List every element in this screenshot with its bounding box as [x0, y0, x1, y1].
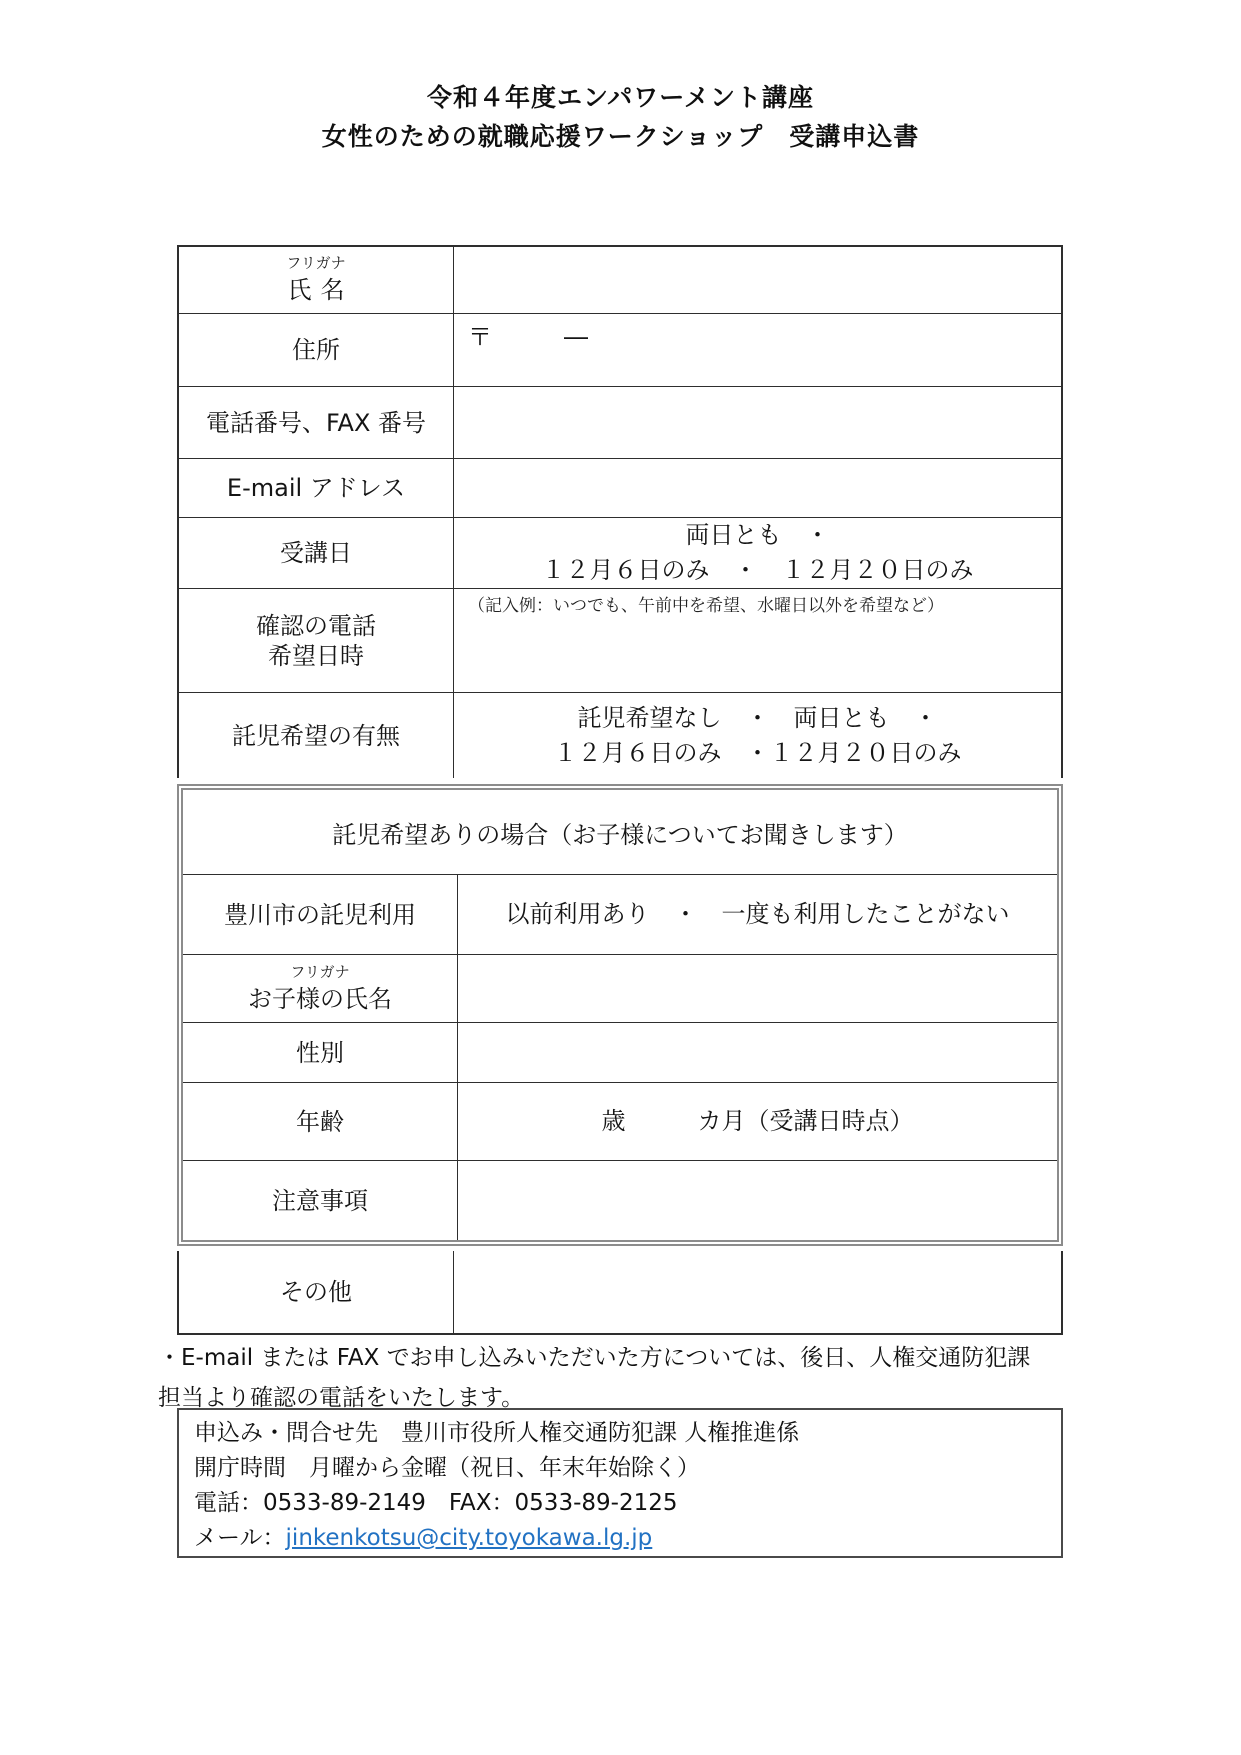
child-sex-label: 性別	[183, 1023, 458, 1082]
confirmation-call-hint: （記入例：いつでも、午前中を希望、水曜日以外を希望など）	[468, 595, 944, 617]
contact-box: 申込み・問合せ先 豊川市役所人権交通防犯課 人権推進係 開庁時間 月曜から金曜（…	[177, 1408, 1063, 1558]
precautions-input-cell	[458, 1161, 1057, 1240]
childcare-need-option-line2: １２月６日のみ ・１２月２０日のみ	[554, 736, 962, 771]
attendance-option-both: 両日とも ・	[686, 518, 830, 553]
footnote-line1: ・E-mail または FAX でお申し込みいただいた方については、後日、人権交…	[158, 1338, 1098, 1378]
name-label: 氏名	[288, 275, 354, 305]
address-label: 住所	[179, 314, 454, 386]
contact-tel-fax-line: 電話：0533-89-2149 FAX：0533-89-2125	[194, 1486, 1046, 1521]
attendance-date-options-cell: 両日とも ・ １２月６日のみ ・ １２月２０日のみ	[454, 518, 1061, 588]
childcare-need-option-line1: 託児希望なし ・ 両日とも ・	[578, 701, 938, 736]
contact-mail-label: メール：	[194, 1525, 286, 1551]
row-phone-fax: 電話番号、FAX 番号	[179, 386, 1061, 458]
phone-fax-input-cell	[454, 387, 1061, 458]
child-age-input-cell: 歳 カ月（受講日時点）	[458, 1083, 1057, 1160]
name-label-cell: フリガナ 氏名	[179, 247, 454, 313]
childcare-need-options-cell: 託児希望なし ・ 両日とも ・ １２月６日のみ ・１２月２０日のみ	[454, 693, 1061, 778]
phone-fax-label: 電話番号、FAX 番号	[179, 387, 454, 458]
child-name-input-cell	[458, 955, 1057, 1022]
row-precautions: 注意事項	[183, 1160, 1057, 1240]
precautions-label: 注意事項	[183, 1161, 458, 1240]
row-confirmation-call: 確認の電話 希望日時 （記入例：いつでも、午前中を希望、水曜日以外を希望など）	[179, 588, 1061, 692]
name-input-cell	[454, 247, 1061, 313]
row-childcare-need: 託児希望の有無 託児希望なし ・ 両日とも ・ １２月６日のみ ・１２月２０日の…	[179, 692, 1061, 778]
application-form-page: 令和４年度エンパワーメント講座 女性のための就職応援ワークショップ 受講申込書 …	[0, 0, 1241, 1755]
contact-mail-line: メール：jinkenkotsu@city.toyokawa.lg.jp	[194, 1521, 1046, 1556]
row-address: 住所 〒 ―	[179, 313, 1061, 386]
row-email: E-mail アドレス	[179, 458, 1061, 517]
child-sex-input-cell	[458, 1023, 1057, 1082]
row-attendance-date: 受講日 両日とも ・ １２月６日のみ ・ １２月２０日のみ	[179, 517, 1061, 588]
row-child-age: 年齢 歳 カ月（受講日時点）	[183, 1082, 1057, 1160]
page-title-line2: 女性のための就職応援ワークショップ 受講申込書	[0, 117, 1241, 156]
contact-office-line: 申込み・問合せ先 豊川市役所人権交通防犯課 人権推進係	[194, 1416, 1046, 1451]
address-input-cell: 〒 ―	[454, 314, 1061, 386]
email-link[interactable]: jinkenkotsu@city.toyokawa.lg.jp	[286, 1525, 653, 1551]
attendance-date-label: 受講日	[179, 518, 454, 588]
attendance-option-dates: １２月６日のみ ・ １２月２０日のみ	[542, 553, 974, 588]
applicant-info-table: フリガナ 氏名 住所 〒 ― 電話番号、FAX 番号 E-mail アドレス 受…	[177, 245, 1063, 778]
footnote: ・E-mail または FAX でお申し込みいただいた方については、後日、人権交…	[158, 1338, 1098, 1418]
other-label: その他	[179, 1251, 454, 1333]
confirmation-call-label-cell: 確認の電話 希望日時	[179, 589, 454, 692]
row-child-name: フリガナ お子様の氏名	[183, 954, 1057, 1022]
child-age-label: 年齢	[183, 1083, 458, 1160]
other-table: その他	[177, 1251, 1063, 1335]
row-name: フリガナ 氏名	[179, 247, 1061, 313]
row-other: その他	[179, 1251, 1061, 1333]
confirmation-call-label-line1: 確認の電話	[256, 611, 376, 641]
confirmation-call-label-line2: 希望日時	[268, 641, 364, 671]
contact-hours-line: 開庁時間 月曜から金曜（祝日、年末年始除く）	[194, 1451, 1046, 1486]
confirmation-call-input-cell: （記入例：いつでも、午前中を希望、水曜日以外を希望など）	[454, 589, 1061, 692]
page-title: 令和４年度エンパワーメント講座 女性のための就職応援ワークショップ 受講申込書	[0, 78, 1241, 156]
furigana-label: フリガナ	[286, 255, 345, 272]
page-title-line1: 令和４年度エンパワーメント講座	[0, 78, 1241, 117]
childcare-need-label: 託児希望の有無	[179, 693, 454, 778]
childcare-section-header: 託児希望ありの場合（お子様についてお聞きします）	[183, 790, 1057, 874]
city-childcare-use-options-cell: 以前利用あり ・ 一度も利用したことがない	[458, 875, 1057, 954]
row-child-sex: 性別	[183, 1022, 1057, 1082]
furigana-label: フリガナ	[290, 964, 349, 981]
row-city-childcare-use: 豊川市の託児利用 以前利用あり ・ 一度も利用したことがない	[183, 874, 1057, 954]
city-childcare-use-label: 豊川市の託児利用	[183, 875, 458, 954]
childcare-section: 託児希望ありの場合（お子様についてお聞きします） 豊川市の託児利用 以前利用あり…	[177, 784, 1063, 1246]
email-input-cell	[454, 459, 1061, 517]
child-name-label-cell: フリガナ お子様の氏名	[183, 955, 458, 1022]
other-input-cell	[454, 1251, 1061, 1333]
child-name-label: お子様の氏名	[248, 984, 392, 1014]
email-label: E-mail アドレス	[179, 459, 454, 517]
